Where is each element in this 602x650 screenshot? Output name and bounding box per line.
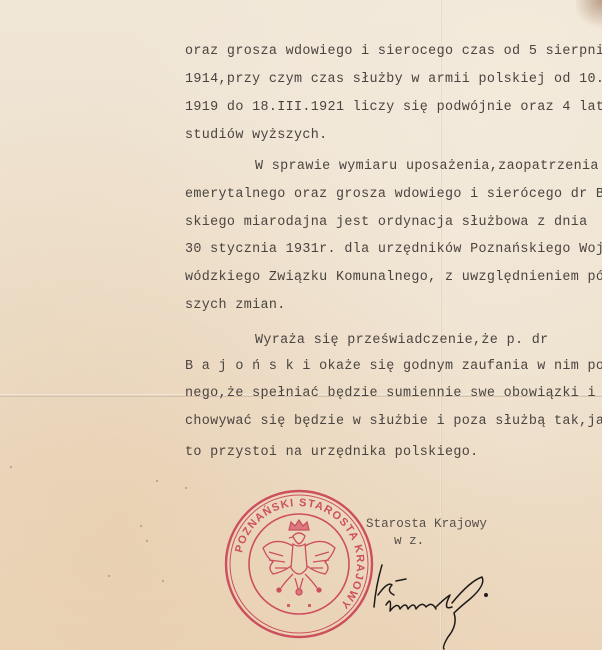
text-line: nego,że spełniać będzie sumiennie swe ob… [185, 386, 602, 402]
text-line: chowywać się będzie w służbie i poza słu… [185, 414, 602, 430]
text-line: emerytalnego oraz grosza wdowiego i sier… [185, 187, 602, 203]
foxing-spot [162, 580, 164, 582]
text-line: B a j o ń s k i okaże się godnym zaufani… [185, 359, 602, 375]
text-line: W sprawie wymiaru uposażenia,zaopatrzeni… [255, 159, 599, 175]
document-page: oraz grosza wdowiego i sierocego czas od… [0, 0, 602, 650]
foxing-spot [140, 525, 142, 527]
foxing-spot [156, 480, 158, 482]
text-line: Wyraża się przeświadczenie,że p. dr [255, 333, 549, 349]
foxing-spot [185, 487, 187, 489]
text-line: 1919 do 18.III.1921 liczy się podwójnie … [185, 100, 602, 116]
text-line: wódzkiego Związku Komunalnego, z uwzględ… [185, 270, 602, 286]
text-line: szych zmian. [185, 298, 286, 314]
official-seal-stamp: POZNAŃSKI STAROSTA KRAJOWY [223, 488, 375, 640]
text-line: oraz grosza wdowiego i sierocego czas od… [185, 44, 602, 60]
text-line: to przystoi na urzędnika polskiego. [185, 445, 479, 461]
text-line: 1914,przy czym czas służby w armii polsk… [185, 72, 602, 88]
paper-corner-stain [576, 0, 602, 28]
signatory-title: Starosta Krajowy [366, 517, 487, 531]
vertical-fold-crease [440, 0, 442, 650]
text-line: skiego miarodajna jest ordynacja służbow… [185, 215, 588, 231]
text-line: studiów wyższych. [185, 128, 328, 144]
text-line: 30 stycznia 1931r. dla urzędników Poznań… [185, 242, 602, 258]
handwritten-signature [370, 555, 510, 650]
crowned-eagle-emblem [263, 520, 335, 595]
foxing-spot [108, 575, 110, 577]
signatory-abbreviation: w z. [394, 534, 424, 548]
foxing-spot [146, 540, 148, 542]
foxing-spot [10, 466, 12, 468]
